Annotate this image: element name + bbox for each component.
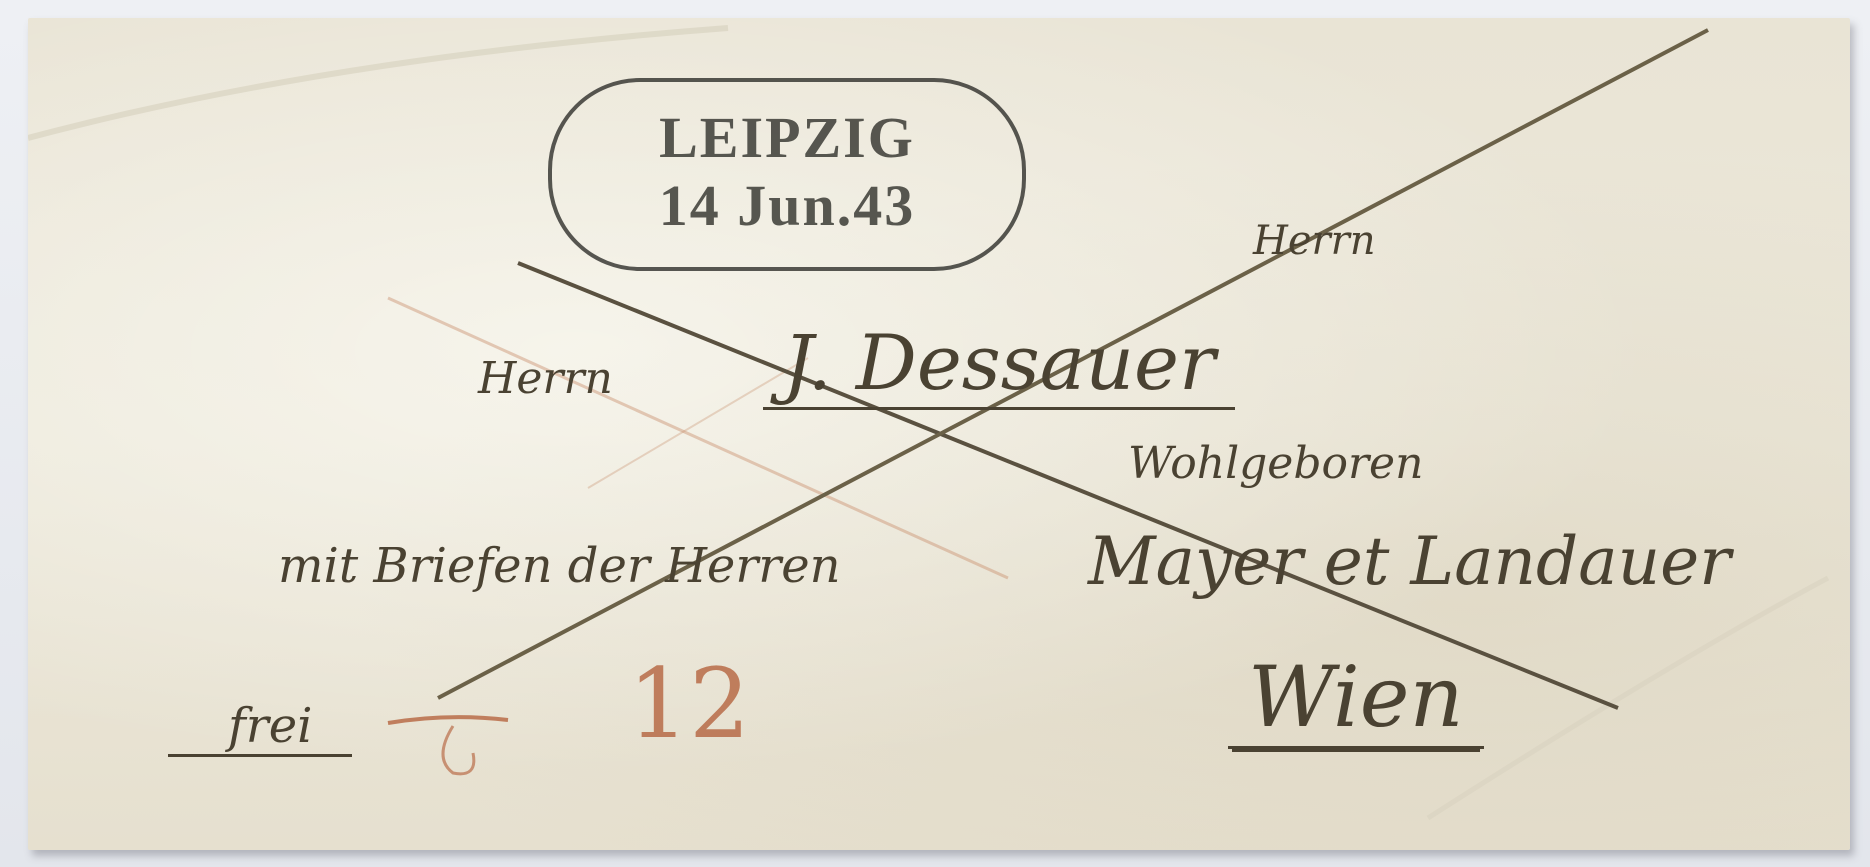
postmark-date: 14 Jun.43 [552, 172, 1022, 239]
firm-name: Mayer et Landauer [1088, 523, 1731, 600]
via-line: mit Briefen der Herren [278, 538, 841, 594]
destination-city: Wien [1228, 648, 1484, 749]
postmark-town: LEIPZIG [552, 104, 1022, 171]
salutation-top: Herrn [1253, 218, 1376, 264]
rate-marking: 12 [628, 648, 750, 760]
addressee-title: Wohlgeboren [1128, 438, 1423, 489]
addressee-name: J. Dessauer [763, 318, 1235, 410]
salutation-left: Herrn [478, 353, 613, 404]
leipzig-postmark: LEIPZIG 14 Jun.43 [548, 78, 1026, 271]
franking-note: frei [168, 698, 352, 757]
envelope-cover: LEIPZIG 14 Jun.43 Herrn Herrn J. Dessaue… [28, 18, 1850, 850]
